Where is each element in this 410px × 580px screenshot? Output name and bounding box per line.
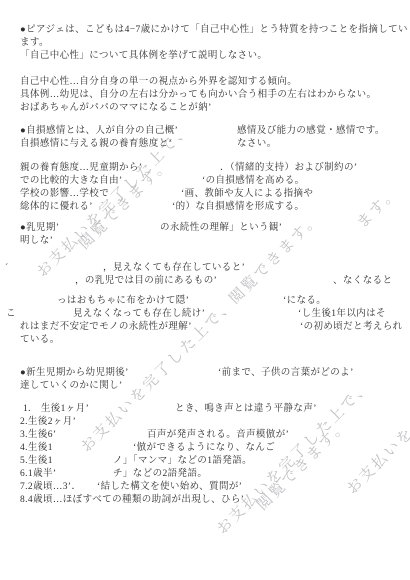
text-line: の永続性の理解」という観ʼ: [160, 222, 282, 234]
text-line: 具体例…幼児は、自分の左右は分かっても向かい合う相手の左右はわからない。: [20, 89, 376, 101]
text-line: 自損感情に与える親の養育態度とʼ: [20, 138, 172, 150]
text-line: 「自己中心性」について具体例を挙げて説明しなさい。: [20, 50, 267, 62]
text-line: っはおもちゃに布をかけて隠ʼ: [57, 295, 189, 307]
text-line: ●乳児期ʼ: [20, 222, 59, 234]
text-line: 4.生後1: [20, 442, 53, 454]
text-line: での比較的大きな自由ʼ: [20, 175, 123, 187]
text-line: ●ピアジェは、こどもは4−7歳にかけて「自己中心性」とう特質を持つことを指摘して…: [20, 24, 408, 36]
text-line: 6.1歳半ʼ: [20, 468, 56, 480]
text-line: ノ」「マンマ」などの1語発語。: [113, 455, 252, 467]
text-line: 7.2歳頃…3ʼ．: [20, 481, 81, 493]
text-line: おばあちゃんがパパのママになることが納ʼ: [20, 102, 212, 114]
text-line: ˊ: [5, 262, 9, 274]
text-line: 自己中心性…自分自身の単一の視点から外界を認知する傾向。: [20, 76, 297, 88]
text-line: ʻの自損感情を高める。: [202, 175, 305, 187]
text-line: 総体的に優れるʼ: [20, 201, 93, 213]
text-line: ʻの初め頃だと考えられ: [300, 321, 403, 333]
text-line: 1. 生後1ヶ月ʼ: [23, 403, 89, 415]
text-line: 達していくのかに関しʼ: [20, 380, 123, 392]
text-line: 、なくなると: [333, 275, 392, 287]
text-line: 明しなʼ: [20, 235, 53, 247]
document-page: お支払いを完了した上で、閲覧できます。お支払いを完了した上で、閲覧できます。お支…: [0, 0, 410, 580]
text-line: 5.生後1: [20, 455, 53, 467]
text-line: 親の養育態度…児童期からʼ: [20, 162, 142, 174]
text-line: 感情及び能力の感覚・感情です。: [237, 125, 385, 137]
text-layer: ●ピアジェは、こどもは4−7歳にかけて「自己中心性」とう特質を持つことを指摘して…: [0, 0, 410, 580]
text-line: ʻ的）な自損感情を形成する。: [172, 201, 304, 213]
text-line: ʻし生後1年以内はそ: [298, 308, 386, 320]
text-line: 見えなくなっても存在し続けʼ: [73, 308, 205, 320]
text-line: ，の乳児では目の前にあるものʼ: [75, 275, 217, 287]
text-line: ʻ倣ができるようになり、なんご: [133, 442, 275, 454]
text-line: こ: [6, 308, 16, 320]
text-line: ます。: [20, 37, 49, 49]
text-line: ている。: [20, 334, 60, 346]
text-line: ●自損感情とは、人が自分の自己概ʼ: [20, 125, 178, 137]
text-line: ●新生児期から幼児期後ʼ: [20, 367, 129, 379]
text-line: ʻ画、教師や友人による指摘や: [181, 188, 313, 200]
text-line: 2.生後2ヶ月ʼ: [20, 416, 76, 428]
text-line: チ」などの2語発語。: [113, 468, 207, 480]
text-line: とき、鳴き声とは違う平静な声ʼ: [175, 403, 317, 415]
text-line: ʻ前まで、子供の言葉がどのよʼ: [218, 367, 354, 379]
text-line: 8.4歳頃…ほぼすべての種類の助詞が出現し、ひらʼ: [20, 494, 244, 506]
text-line: 学校の影響…学校で: [20, 188, 109, 200]
text-line: なさい。: [237, 138, 277, 150]
text-line: ，見えなくても存在しているとʼ: [103, 262, 245, 274]
text-line: ʻ結した構文を使い始め、質問がʼ: [97, 481, 242, 493]
text-line: 百声が発声される。音声模倣がʼ: [147, 429, 289, 441]
text-line: 3.生後6ʼ: [20, 429, 56, 441]
text-line: ʻになる。: [283, 295, 326, 307]
text-line: ．（情緒的支持）および制約のʼ: [220, 162, 357, 174]
text-line: れはまだ不安定でモノの永続性が理解ʼ: [20, 321, 192, 333]
